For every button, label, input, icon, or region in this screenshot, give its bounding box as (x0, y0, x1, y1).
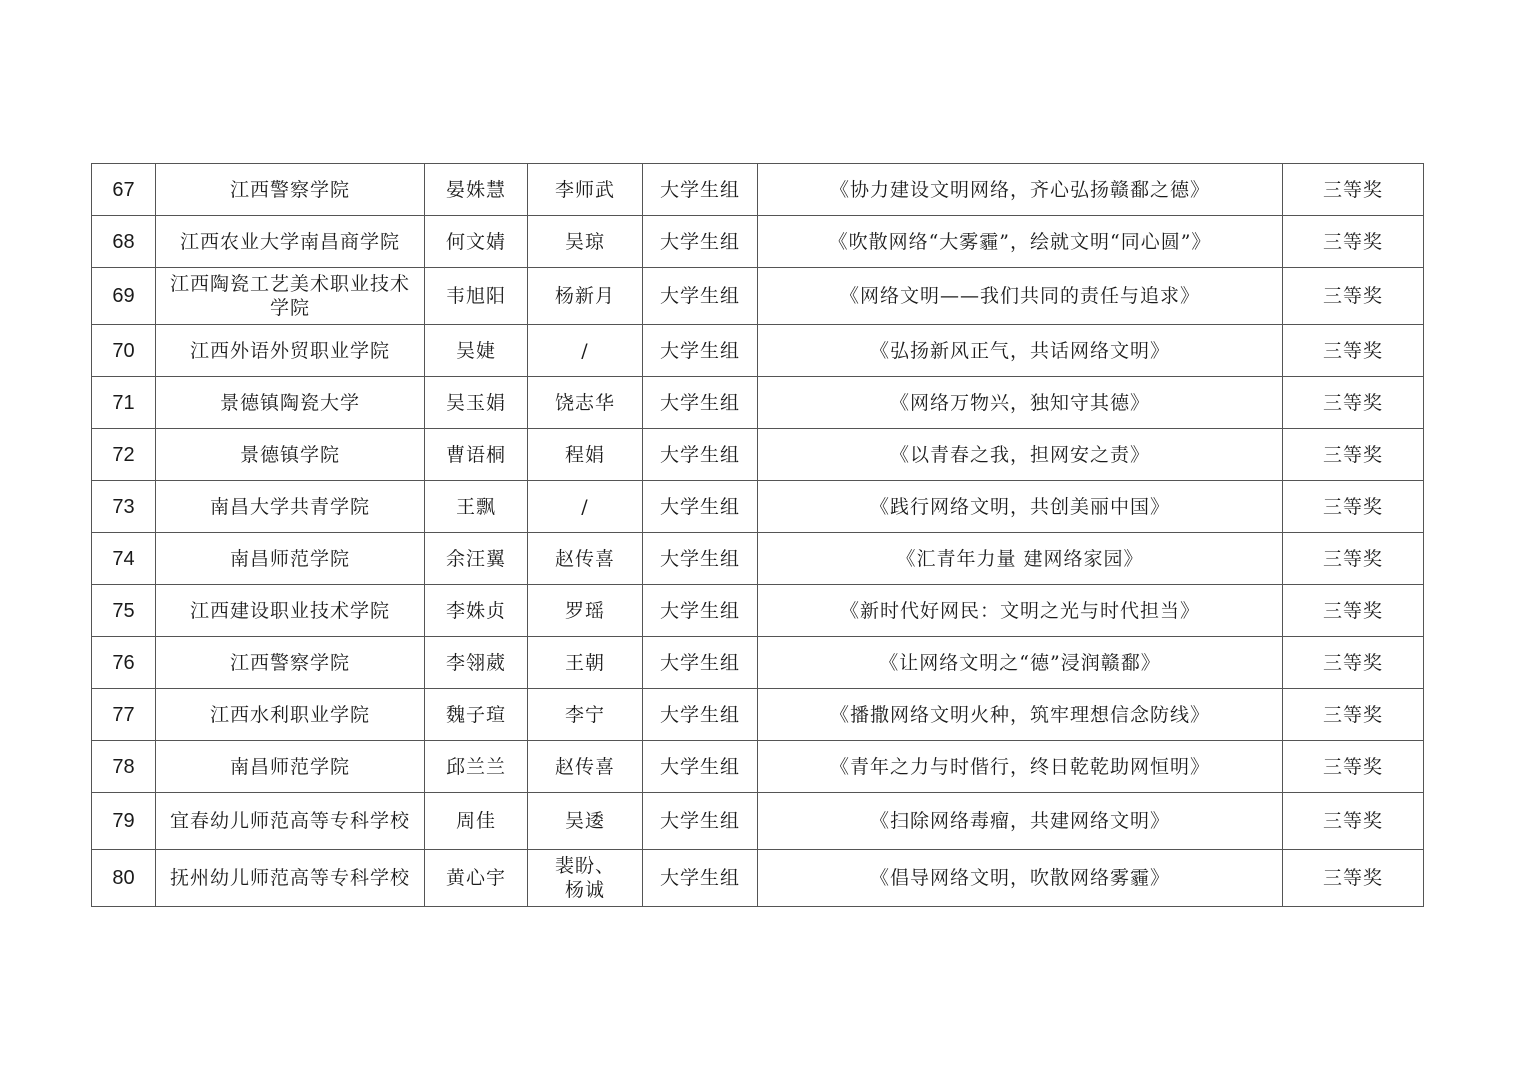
row-number: 77 (92, 689, 156, 741)
row-number: 79 (92, 793, 156, 850)
school-cell: 南昌师范学院 (156, 741, 425, 793)
row-number: 69 (92, 268, 156, 325)
advisor-cell: 裴盼、 杨诚 (528, 850, 643, 907)
school-cell: 江西外语外贸职业学院 (156, 325, 425, 377)
title-cell: 《汇青年力量 建网络家园》 (758, 533, 1283, 585)
award-cell: 三等奖 (1283, 377, 1424, 429)
advisor-cell: 程娟 (528, 429, 643, 481)
school-cell: 江西警察学院 (156, 164, 425, 216)
author-cell: 邱兰兰 (425, 741, 528, 793)
title-cell: 《网络文明——我们共同的责任与追求》 (758, 268, 1283, 325)
row-number: 71 (92, 377, 156, 429)
award-cell: 三等奖 (1283, 741, 1424, 793)
author-cell: 余汪翼 (425, 533, 528, 585)
table-row: 74 南昌师范学院 余汪翼 赵传喜 大学生组 《汇青年力量 建网络家园》 三等奖 (92, 533, 1424, 585)
award-cell: 三等奖 (1283, 585, 1424, 637)
group-cell: 大学生组 (643, 429, 758, 481)
author-cell: 韦旭阳 (425, 268, 528, 325)
advisor-cell: 李宁 (528, 689, 643, 741)
group-cell: 大学生组 (643, 268, 758, 325)
award-cell: 三等奖 (1283, 216, 1424, 268)
author-cell: 周佳 (425, 793, 528, 850)
row-number: 74 (92, 533, 156, 585)
title-cell: 《网络万物兴，独知守其德》 (758, 377, 1283, 429)
title-cell: 《协力建设文明网络，齐心弘扬赣鄱之德》 (758, 164, 1283, 216)
row-number: 68 (92, 216, 156, 268)
group-cell: 大学生组 (643, 793, 758, 850)
award-cell: 三等奖 (1283, 637, 1424, 689)
group-cell: 大学生组 (643, 850, 758, 907)
row-number: 67 (92, 164, 156, 216)
author-cell: 王飘 (425, 481, 528, 533)
group-cell: 大学生组 (643, 377, 758, 429)
author-cell: 曹语桐 (425, 429, 528, 481)
table-row: 68 江西农业大学南昌商学院 何文婧 吴琼 大学生组 《吹散网络“大雾霾”，绘就… (92, 216, 1424, 268)
author-cell: 吴婕 (425, 325, 528, 377)
advisor-cell: 饶志华 (528, 377, 643, 429)
awards-table: 67 江西警察学院 晏姝慧 李师武 大学生组 《协力建设文明网络，齐心弘扬赣鄱之… (91, 163, 1424, 907)
award-cell: 三等奖 (1283, 481, 1424, 533)
advisor-cell: 杨新月 (528, 268, 643, 325)
group-cell: 大学生组 (643, 325, 758, 377)
school-cell: 南昌大学共青学院 (156, 481, 425, 533)
advisor-cell: 赵传喜 (528, 533, 643, 585)
school-cell: 江西建设职业技术学院 (156, 585, 425, 637)
title-cell: 《弘扬新风正气，共话网络文明》 (758, 325, 1283, 377)
advisor-cell: 赵传喜 (528, 741, 643, 793)
title-cell: 《新时代好网民：文明之光与时代担当》 (758, 585, 1283, 637)
school-cell: 景德镇陶瓷大学 (156, 377, 425, 429)
table-row: 72 景德镇学院 曹语桐 程娟 大学生组 《以青春之我，担网安之责》 三等奖 (92, 429, 1424, 481)
document-page: 67 江西警察学院 晏姝慧 李师武 大学生组 《协力建设文明网络，齐心弘扬赣鄱之… (0, 0, 1520, 1074)
advisor-cell: / (528, 325, 643, 377)
title-cell: 《青年之力与时偕行，终日乾乾助网恒明》 (758, 741, 1283, 793)
school-cell: 江西陶瓷工艺美术职业技术学院 (156, 268, 425, 325)
advisor-cell: 李师武 (528, 164, 643, 216)
table-row: 79 宜春幼儿师范高等专科学校 周佳 吴逶 大学生组 《扫除网络毒瘤，共建网络文… (92, 793, 1424, 850)
table-row: 69 江西陶瓷工艺美术职业技术学院 韦旭阳 杨新月 大学生组 《网络文明——我们… (92, 268, 1424, 325)
table-row: 75 江西建设职业技术学院 李姝贞 罗瑶 大学生组 《新时代好网民：文明之光与时… (92, 585, 1424, 637)
advisor-cell: 吴逶 (528, 793, 643, 850)
group-cell: 大学生组 (643, 741, 758, 793)
advisor-cell: 吴琼 (528, 216, 643, 268)
award-cell: 三等奖 (1283, 533, 1424, 585)
school-cell: 宜春幼儿师范高等专科学校 (156, 793, 425, 850)
group-cell: 大学生组 (643, 533, 758, 585)
advisor-cell: / (528, 481, 643, 533)
school-cell: 江西农业大学南昌商学院 (156, 216, 425, 268)
title-cell: 《践行网络文明，共创美丽中国》 (758, 481, 1283, 533)
group-cell: 大学生组 (643, 216, 758, 268)
title-cell: 《以青春之我，担网安之责》 (758, 429, 1283, 481)
table-row: 80 抚州幼儿师范高等专科学校 黄心宇 裴盼、 杨诚 大学生组 《倡导网络文明，… (92, 850, 1424, 907)
school-cell: 景德镇学院 (156, 429, 425, 481)
group-cell: 大学生组 (643, 481, 758, 533)
school-cell: 抚州幼儿师范高等专科学校 (156, 850, 425, 907)
title-cell: 《扫除网络毒瘤，共建网络文明》 (758, 793, 1283, 850)
table-row: 71 景德镇陶瓷大学 吴玉娟 饶志华 大学生组 《网络万物兴，独知守其德》 三等… (92, 377, 1424, 429)
award-cell: 三等奖 (1283, 268, 1424, 325)
author-cell: 黄心宇 (425, 850, 528, 907)
title-cell: 《播撒网络文明火种，筑牢理想信念防线》 (758, 689, 1283, 741)
row-number: 78 (92, 741, 156, 793)
author-cell: 何文婧 (425, 216, 528, 268)
group-cell: 大学生组 (643, 585, 758, 637)
row-number: 70 (92, 325, 156, 377)
award-cell: 三等奖 (1283, 850, 1424, 907)
title-cell: 《吹散网络“大雾霾”，绘就文明“同心圆”》 (758, 216, 1283, 268)
author-cell: 晏姝慧 (425, 164, 528, 216)
author-cell: 李翎葳 (425, 637, 528, 689)
table-row: 67 江西警察学院 晏姝慧 李师武 大学生组 《协力建设文明网络，齐心弘扬赣鄱之… (92, 164, 1424, 216)
group-cell: 大学生组 (643, 164, 758, 216)
award-cell: 三等奖 (1283, 689, 1424, 741)
row-number: 75 (92, 585, 156, 637)
title-cell: 《让网络文明之“德”浸润赣鄱》 (758, 637, 1283, 689)
title-cell: 《倡导网络文明，吹散网络雾霾》 (758, 850, 1283, 907)
row-number: 72 (92, 429, 156, 481)
award-cell: 三等奖 (1283, 429, 1424, 481)
author-cell: 吴玉娟 (425, 377, 528, 429)
table-row: 78 南昌师范学院 邱兰兰 赵传喜 大学生组 《青年之力与时偕行，终日乾乾助网恒… (92, 741, 1424, 793)
advisor-line: 裴盼、 (534, 854, 636, 878)
school-cell: 南昌师范学院 (156, 533, 425, 585)
table-row: 76 江西警察学院 李翎葳 王朝 大学生组 《让网络文明之“德”浸润赣鄱》 三等… (92, 637, 1424, 689)
advisor-line: 杨诚 (534, 878, 636, 902)
award-cell: 三等奖 (1283, 325, 1424, 377)
advisor-cell: 王朝 (528, 637, 643, 689)
advisor-cell: 罗瑶 (528, 585, 643, 637)
row-number: 73 (92, 481, 156, 533)
school-cell: 江西警察学院 (156, 637, 425, 689)
award-cell: 三等奖 (1283, 793, 1424, 850)
award-cell: 三等奖 (1283, 164, 1424, 216)
group-cell: 大学生组 (643, 637, 758, 689)
group-cell: 大学生组 (643, 689, 758, 741)
table-row: 70 江西外语外贸职业学院 吴婕 / 大学生组 《弘扬新风正气，共话网络文明》 … (92, 325, 1424, 377)
school-cell: 江西水利职业学院 (156, 689, 425, 741)
table-row: 77 江西水利职业学院 魏子瑄 李宁 大学生组 《播撒网络文明火种，筑牢理想信念… (92, 689, 1424, 741)
author-cell: 魏子瑄 (425, 689, 528, 741)
row-number: 80 (92, 850, 156, 907)
table-row: 73 南昌大学共青学院 王飘 / 大学生组 《践行网络文明，共创美丽中国》 三等… (92, 481, 1424, 533)
author-cell: 李姝贞 (425, 585, 528, 637)
row-number: 76 (92, 637, 156, 689)
